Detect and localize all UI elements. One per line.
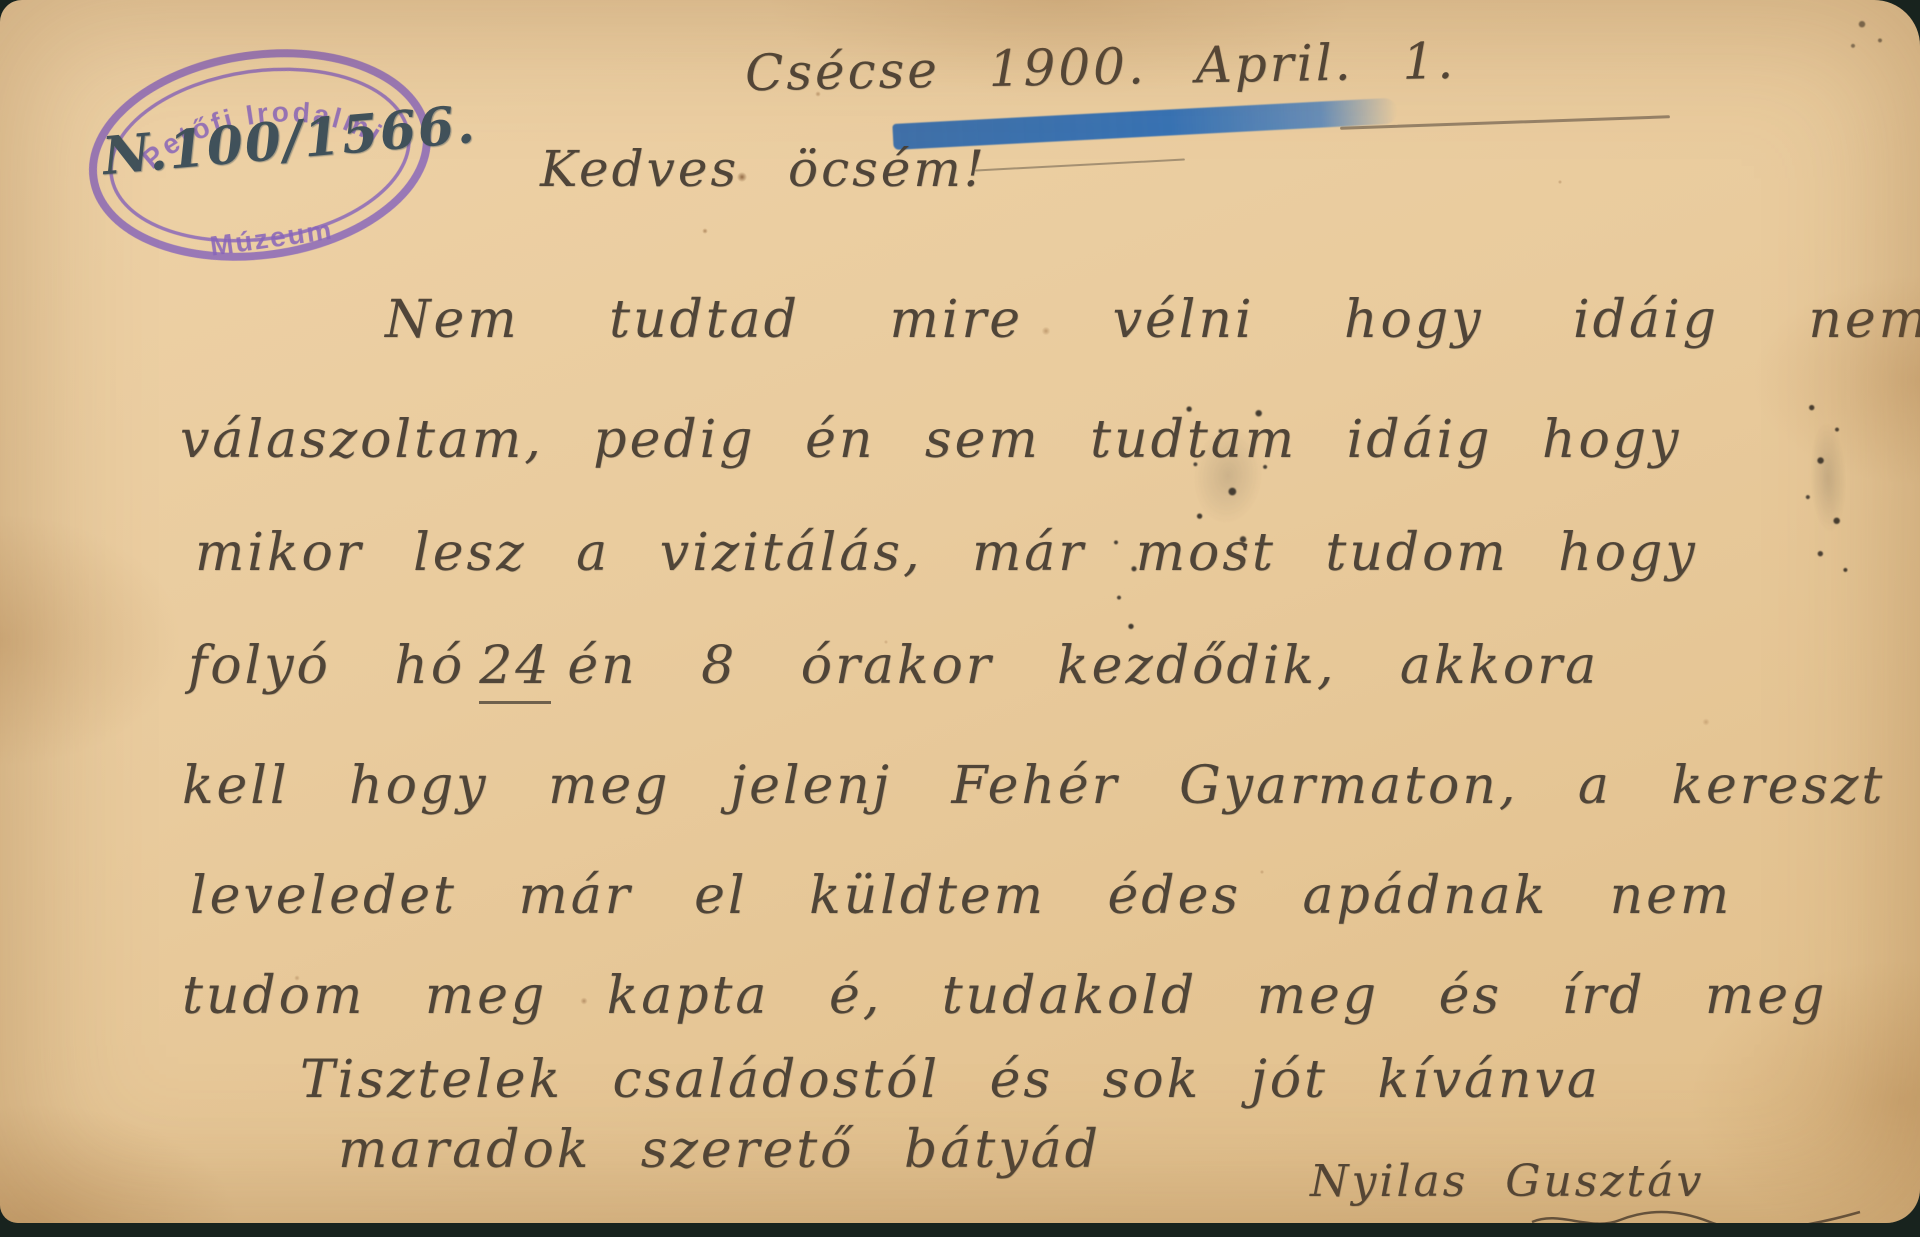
- letter-line-2: válaszoltam, pedig én sem tudtam idáig h…: [180, 412, 1681, 469]
- letter-line-3: mikor lesz a vizitálás, már most tudom h…: [195, 525, 1698, 582]
- line4-suffix: én 8 órakor kezdődik, akkora: [567, 636, 1599, 696]
- pencil-underline-short: [975, 159, 1185, 172]
- line4-prefix: folyó hó: [188, 636, 465, 696]
- ink-smudge: [1838, 8, 1898, 62]
- scan-background: { "stamp": { "arc_top": "Petőfi Irodalmi…: [0, 0, 1920, 1237]
- letter-line-6: leveledet már el küldtem édes apádnak ne…: [190, 868, 1732, 925]
- letter-line-4: folyó hó24én 8 órakor kezdődik, akkora: [188, 638, 1599, 695]
- signature: Nyilas Gusztáv: [1310, 1158, 1704, 1206]
- letter-line-5: kell hogy meg jelenj Fehér Gyarmaton, a …: [182, 758, 1885, 815]
- dateline: Csécse 1900. April. 1.: [745, 34, 1457, 101]
- greeting: Kedves öcsém!: [540, 142, 987, 197]
- letter-line-9: maradok szerető bátyád: [338, 1122, 1101, 1179]
- postcard: Petőfi Irodalmi Múzeum N.100/1566. Csécs…: [0, 0, 1920, 1223]
- signature-flourish: [1530, 1206, 1870, 1223]
- ink-smudge: [1787, 391, 1864, 583]
- letter-line-1: Nem tudtad mire vélni hogy idáig nem: [385, 292, 1920, 349]
- line4-day-underlined: 24: [479, 636, 551, 704]
- letter-line-8: Tisztelek családostól és sok jót kívánva: [300, 1052, 1601, 1109]
- letter-line-7: tudom meg kapta é, tudakold meg és írd m…: [182, 968, 1827, 1025]
